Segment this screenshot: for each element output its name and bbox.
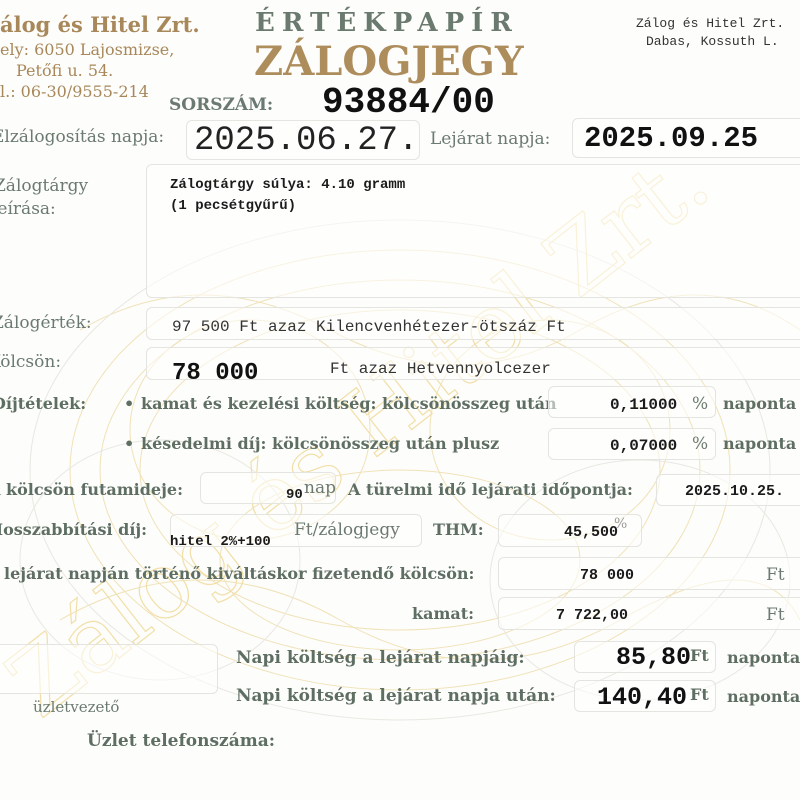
daily-cost-after-due-unit: Ft: [690, 685, 709, 704]
branch-address: Dabas, Kossuth L.: [646, 34, 779, 49]
daily-cost-after-due-label: Napi költség a lejárat napja után:: [236, 686, 556, 706]
daily-cost-until-due-unit: Ft: [690, 646, 709, 665]
extension-unit: Ft/zálogjegy: [294, 520, 400, 540]
fee-row-2-value: 0,07000: [610, 437, 677, 455]
thm-label: THM:: [433, 520, 484, 539]
term-value: 90: [286, 487, 303, 503]
item-label-line2: leírása:: [0, 199, 56, 219]
interest-label: kamat:: [412, 604, 474, 623]
redemption-loan-field: [498, 557, 800, 590]
fee-row-1-suffix: naponta: [723, 394, 796, 413]
serial-number: 93884/00: [322, 82, 495, 123]
redemption-loan-value: 78 000: [580, 567, 634, 584]
interest-value: 7 722,00: [556, 607, 628, 624]
value-text: 97 500 Ft azaz Kilencvenhétezer-ötszáz F…: [172, 318, 566, 336]
thm-value: 45,500: [564, 524, 618, 541]
fee-row-1-unit: %: [692, 394, 708, 414]
loan-label: Kölcsön:: [0, 352, 61, 372]
item-description-line1: Zálogtárgy súlya: 4.10 gramm: [170, 177, 405, 193]
fee-row-2-unit: %: [692, 434, 708, 454]
company-seat: ely: 6050 Lajosmizse,: [0, 40, 174, 59]
fees-label: Díjtételek:: [0, 394, 86, 413]
pledge-date-label: Elzálogosítás napja:: [0, 127, 164, 147]
due-date-label: Lejárat napja:: [430, 129, 550, 149]
daily-cost-after-due-value: 140,40: [597, 683, 687, 712]
grace-date: 2025.10.25.: [685, 483, 784, 500]
daily-cost-until-due-suffix: naponta: [727, 648, 800, 667]
company-name: álog és Hitel Zrt.: [0, 12, 200, 37]
daily-cost-until-due-value: 85,80: [616, 643, 691, 672]
extension-label: Hosszabbítási díj:: [0, 520, 147, 539]
loan-amount: 78 000: [172, 360, 258, 387]
fee-row-1-text: kamat és kezelési költség: kölcsönösszeg…: [141, 394, 557, 413]
company-street: Petőfi u. 54.: [16, 61, 113, 80]
redemption-loan-unit: Ft: [766, 565, 785, 585]
grace-label: A türelmi idő lejárati időpontja:: [348, 480, 633, 499]
signature-field: [0, 644, 218, 694]
item-description-line2: (1 pecsétgyűrű): [170, 198, 296, 214]
extension-value: hitel 2%+100: [170, 534, 271, 550]
doc-type: ÉRTÉKPAPÍR: [255, 8, 519, 38]
manager-label: üzletvezető: [33, 698, 119, 716]
serial-label: SORSZÁM:: [169, 95, 273, 115]
fee-row-2-suffix: naponta: [723, 434, 796, 453]
shop-phone-label: Üzlet telefonszáma:: [87, 731, 275, 751]
daily-cost-after-due-suffix: naponta: [727, 687, 800, 706]
doc-title: ZÁLOGJEGY: [254, 38, 524, 85]
daily-cost-until-due-label: Napi költség a lejárat napjáig:: [236, 648, 525, 668]
thm-unit: %: [614, 516, 627, 532]
company-phone: l.: 06-30/9555-214: [0, 82, 149, 101]
interest-field: [498, 597, 800, 630]
interest-unit: Ft: [766, 605, 785, 625]
fee-row-2-text: késedelmi díj: kölcsönösszeg után plusz: [141, 434, 499, 453]
redemption-label: A lejárat napján történő kiváltáskor fiz…: [0, 564, 474, 583]
item-label-line1: Zálogtárgy: [0, 176, 88, 196]
branch-name: Zálog és Hitel Zrt.: [636, 16, 784, 31]
loan-words: Ft azaz Hetvennyolcezer: [330, 360, 551, 378]
value-label: Zálogérték:: [0, 313, 92, 333]
fee-row-1-value: 0,11000: [610, 396, 677, 414]
due-date: 2025.09.25: [584, 122, 758, 155]
pledge-date: 2025.06.27.: [194, 122, 418, 160]
fee-row-2-bullet: •: [124, 434, 134, 453]
term-label: A kölcsön futamideje:: [0, 480, 183, 499]
fee-row-1-bullet: •: [124, 394, 134, 413]
term-unit: nap: [304, 478, 336, 498]
